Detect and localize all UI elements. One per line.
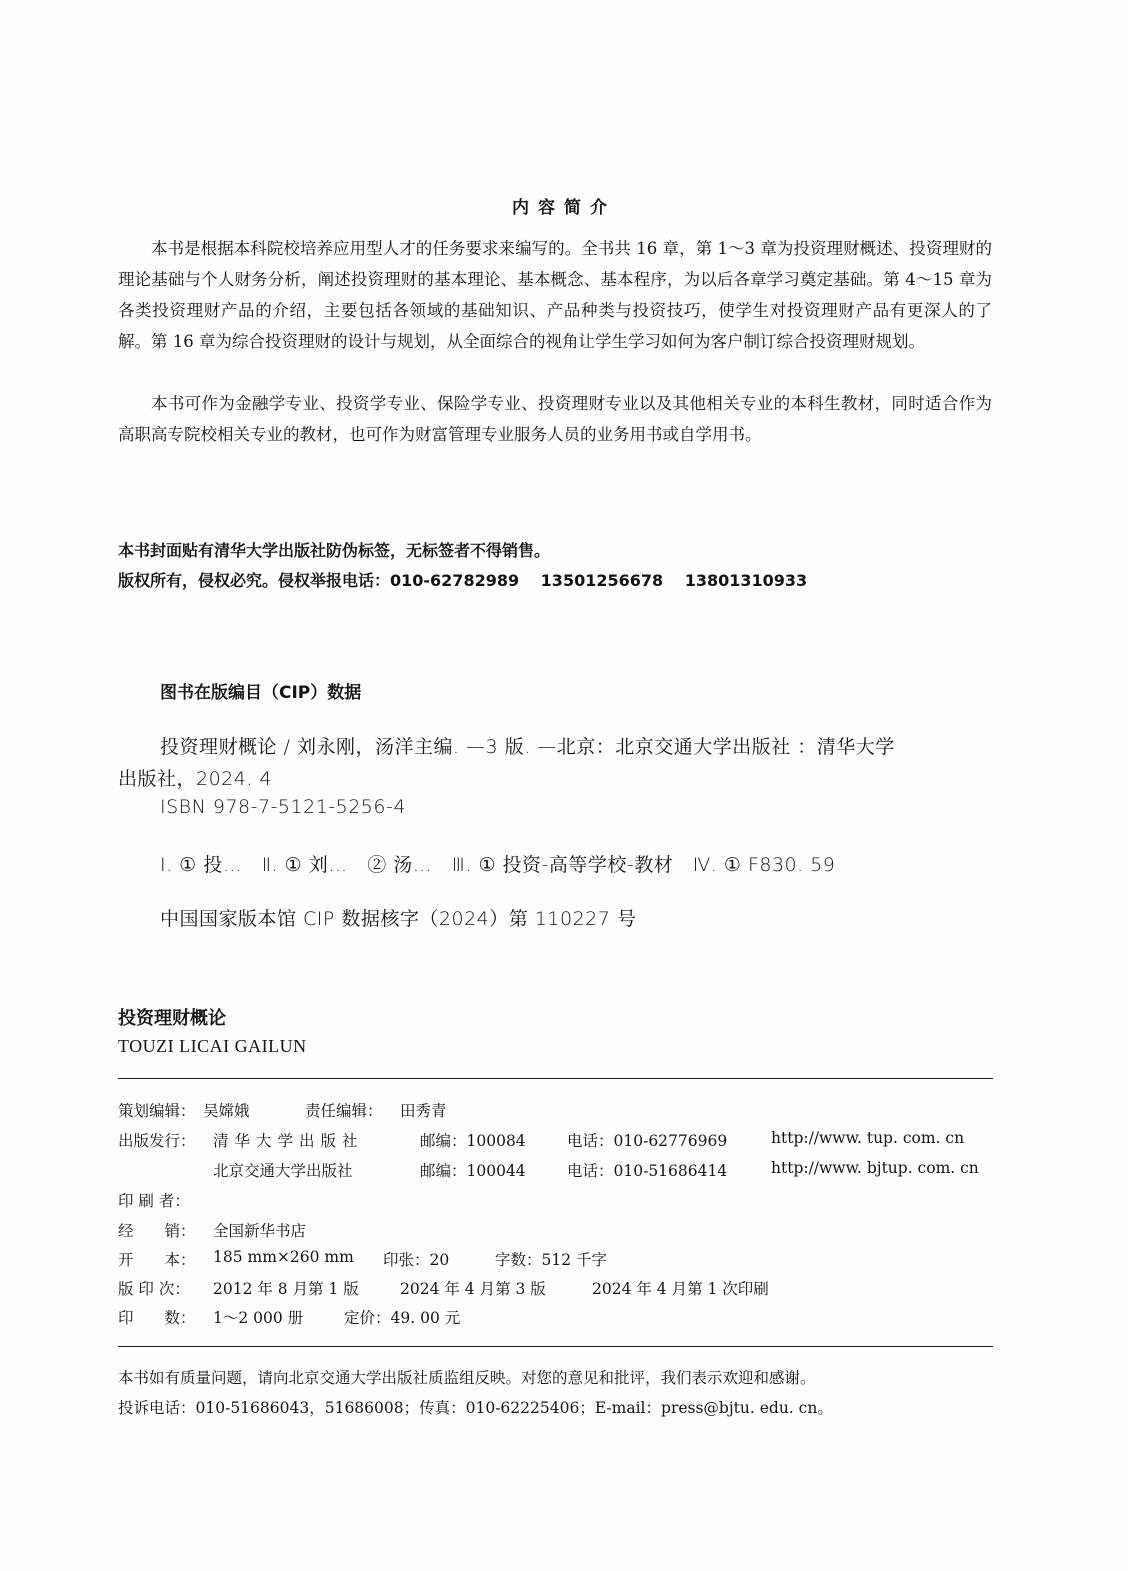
publisher-name-tup: 清华大学出版社 (213, 1129, 364, 1151)
responsible-editor-label: 责任编辑： (305, 1099, 383, 1121)
planning-editor: 吴嫦娥 (203, 1099, 250, 1121)
sheets: 印张：20 (383, 1248, 449, 1270)
current-edition: 2024 年 4 月第 3 版 (400, 1277, 546, 1299)
publisher-url-tup[interactable]: http://www. tup. com. cn (771, 1129, 964, 1147)
price: 定价：49. 00 元 (344, 1306, 460, 1328)
book-title-chinese: 投资理财概论 (118, 1004, 226, 1030)
responsible-editor: 田秀青 (400, 1099, 447, 1121)
publisher-name-bjtup: 北京交通大学出版社 (213, 1159, 353, 1181)
contact-info: 投诉电话：010-51686043，51686008；传真：010-622254… (118, 1396, 833, 1418)
cip-isbn: ISBN 978-7-5121-5256-4 (160, 796, 406, 818)
planning-editor-label: 策划编辑： (118, 1099, 196, 1121)
publisher-url-bjtup[interactable]: http://www. bjtup. com. cn (771, 1159, 979, 1177)
print-run-label: 印 数： (118, 1306, 196, 1328)
format: 185 mm×260 mm (213, 1248, 354, 1266)
cip-record-line-2: 出版社，2024. 4 (118, 764, 272, 791)
cip-heading: 图书在版编目（CIP）数据 (160, 678, 361, 703)
cip-verification: 中国国家版本馆 CIP 数据核字（2024）第 110227 号 (160, 904, 636, 931)
publisher-phone-bjtup: 电话：010-51686414 (567, 1159, 727, 1181)
printing: 2024 年 4 月第 1 次印刷 (592, 1277, 769, 1299)
quality-notice: 本书如有质量问题，请向北京交通大学出版社质监组反映。对您的意见和批评，我们表示欢… (118, 1366, 816, 1388)
book-title-pinyin: TOUZI LICAI GAILUN (118, 1036, 307, 1057)
publisher-label: 出版发行： (118, 1129, 196, 1151)
format-label: 开 本： (118, 1248, 196, 1270)
printer-label: 印 刷 者： (118, 1189, 190, 1211)
anti-counterfeit-notice: 本书封面贴有清华大学出版社防伪标签，无标签者不得销售。 (118, 538, 550, 561)
cip-record-line-1: 投资理财概论 / 刘永刚，汤洋主编. —3 版. —北京：北京交通大学出版社 ：… (160, 732, 895, 759)
divider-top (118, 1078, 993, 1079)
publisher-postcode-bjtup: 邮编：100044 (420, 1159, 526, 1181)
divider-bottom (118, 1346, 993, 1347)
distributor: 全国新华书店 (213, 1219, 306, 1241)
summary-paragraph-2: 本书可作为金融学专业、投资学专业、保险学专业、投资理财专业以及其他相关专业的本科… (118, 388, 992, 450)
first-edition: 2012 年 8 月第 1 版 (213, 1277, 359, 1299)
edition-label: 版 印 次： (118, 1277, 190, 1299)
rights-notice: 版权所有，侵权必究。侵权举报电话：010-62782989 1350125667… (118, 568, 807, 591)
summary-paragraph-1: 本书是根据本科院校培养应用型人才的任务要求来编写的。全书共 16 章，第 1～3… (118, 233, 992, 357)
word-count: 字数：512 千字 (495, 1248, 607, 1270)
cip-classification: Ⅰ. ① 投… Ⅱ. ① 刘… ② 汤… Ⅲ. ① 投资-高等学校-教材 Ⅳ. … (160, 850, 835, 877)
publisher-postcode-tup: 邮编：100084 (420, 1129, 526, 1151)
summary-title: 内容简介 (0, 193, 1128, 218)
distributor-label: 经 销： (118, 1219, 196, 1241)
publisher-phone-tup: 电话：010-62776969 (567, 1129, 727, 1151)
print-run: 1～2 000 册 (213, 1306, 303, 1328)
